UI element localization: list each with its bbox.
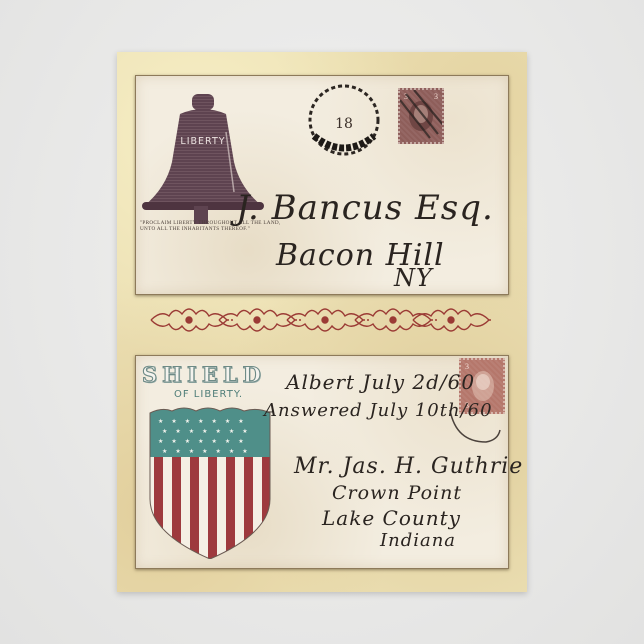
address-line: Crown Point — [332, 482, 462, 504]
postage-stamp: 3 3 — [398, 88, 444, 144]
svg-text:★★★★★★★: ★★★★★★★ — [162, 448, 256, 455]
address-line: J. Bancus Esq. — [236, 188, 494, 228]
ornamental-divider-icon — [147, 300, 493, 340]
correspondence-note: Answered July 10th/60 — [264, 400, 493, 421]
svg-text:18: 18 — [335, 116, 353, 132]
svg-text:★★★★★★★: ★★★★★★★ — [158, 418, 252, 425]
postmark-icon: 18 — [304, 80, 384, 160]
svg-text:★★★★★★★: ★★★★★★★ — [162, 428, 256, 435]
address-line: Lake County — [322, 506, 461, 530]
shield-subtitle: OF LIBERTY. — [174, 389, 243, 400]
liberty-bell-cover: LIBERTY "Proclaim liberty throughout all… — [135, 75, 509, 295]
correspondence-note: Albert July 2d/60 — [286, 370, 475, 394]
address-line: NY — [394, 264, 433, 292]
address-line: Indiana — [380, 530, 456, 551]
address-line: Mr. Jas. H. Guthrie — [294, 454, 523, 479]
shield-title: SHIELD — [142, 362, 266, 387]
svg-text:LIBERTY: LIBERTY — [180, 136, 225, 147]
shield-of-liberty-cover: SHIELD OF LIBERTY. ★★★★★★★ ★★★★★★★ ★★★★★… — [135, 355, 509, 569]
shield-icon: ★★★★★★★ ★★★★★★★ ★★★★★★★ ★★★★★★★ — [148, 407, 272, 559]
svg-text:★★★★★★★: ★★★★★★★ — [158, 438, 252, 445]
